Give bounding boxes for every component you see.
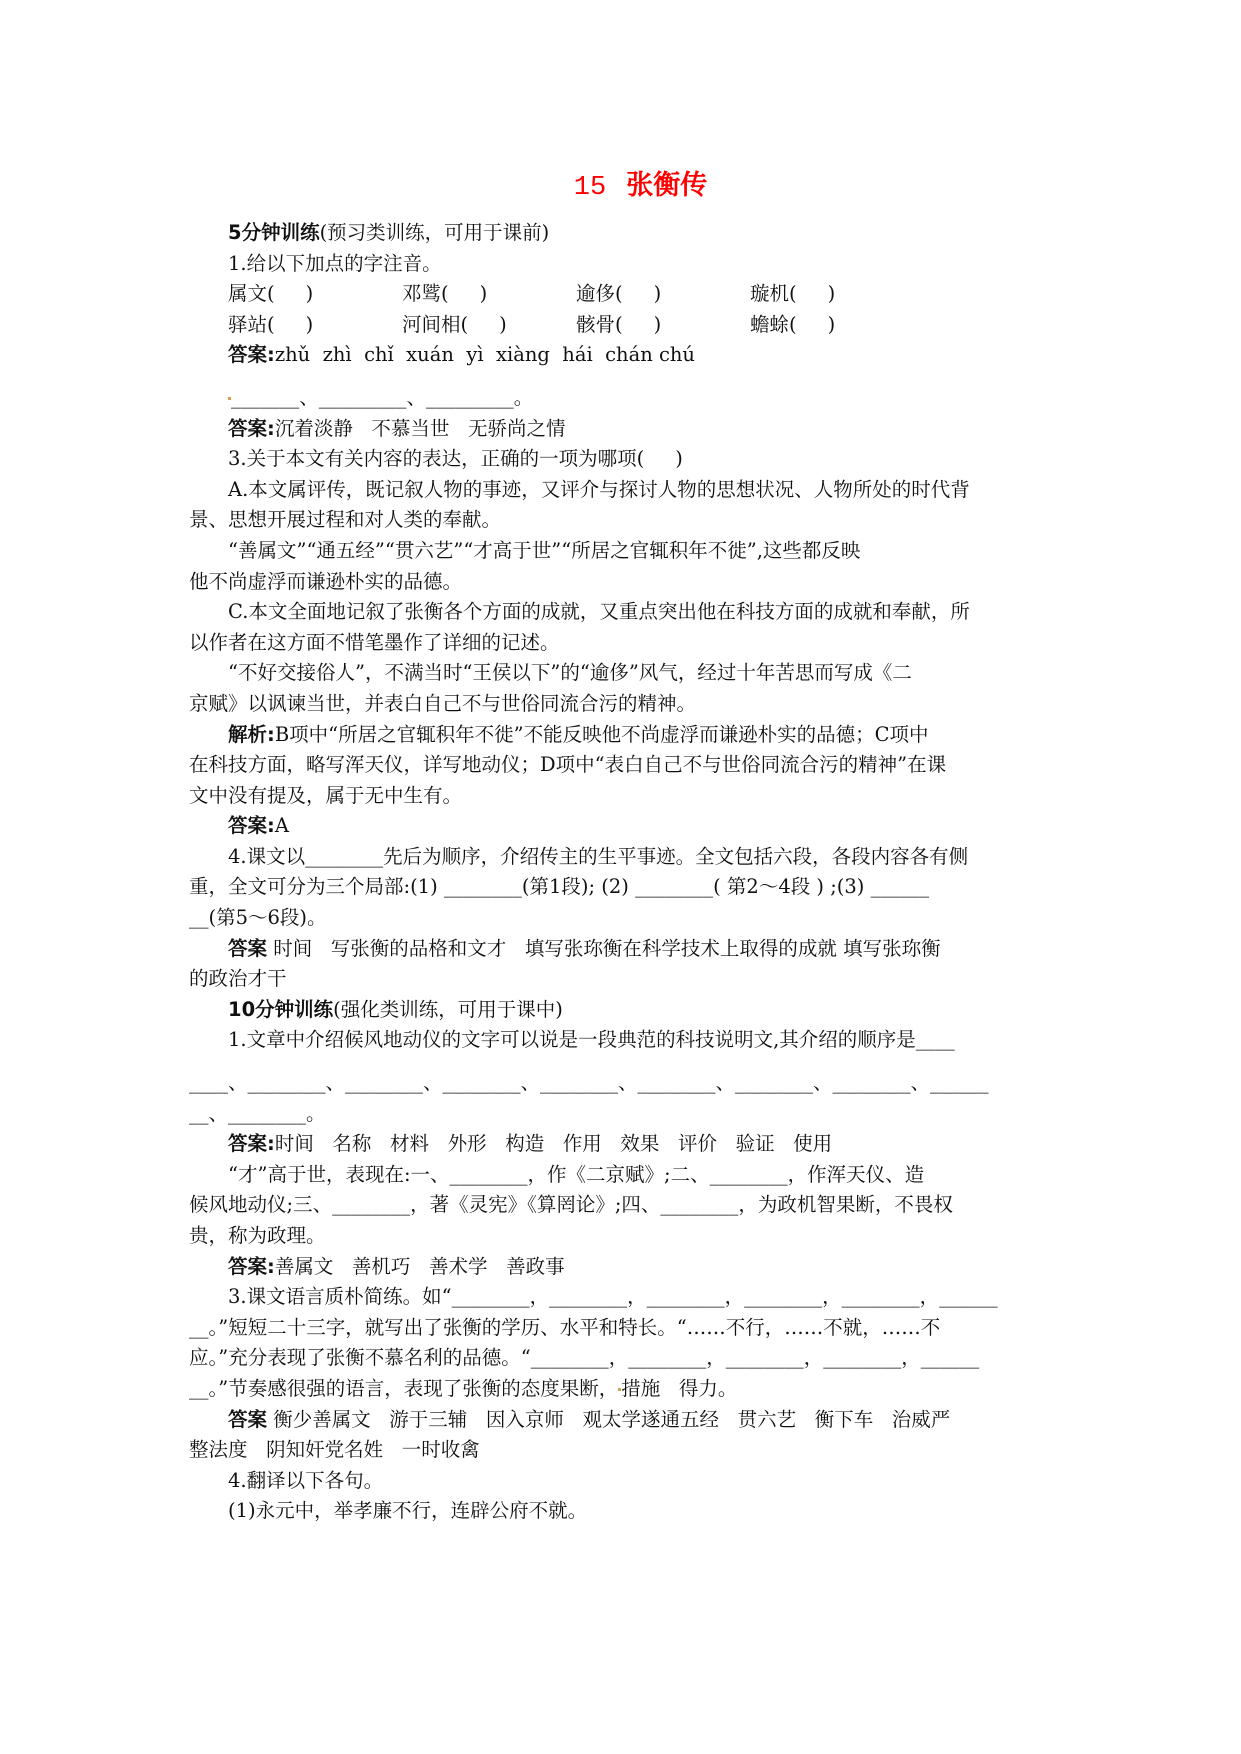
document-page: 15张衡传 5分钟训练(预习类训练，可用于课前) 1.给以下加点的字注音。 属文… [0,0,1241,1754]
section-heading: 5分钟训练(预习类训练，可用于课前) [189,218,1087,249]
question-prompt: 1.给以下加点的字注音。 [189,249,1087,280]
blank-line: _______、_________、_________。 [189,383,1087,414]
answer: 答案 时间 写张衡的品格和文才 填写张珎衡在科学技术上取得的成就 填写张珎衡 [189,934,1087,965]
title-text: 张衡传 [626,170,707,201]
option-a-cont: 景、思想开展过程和对人类的奉献。 [189,505,1087,536]
question-cont: __、________。 [189,1099,1087,1130]
analysis-cont: 在科技方面，略写浑天仪，详写地动仪；D项中“表白自己不与世俗同流合污的精神”在课 [189,750,1087,781]
question-prompt: 4.翻译以下各句。 [189,1466,1087,1497]
question-prompt: 1.文章中介绍候风地动仪的文字可以说是一段典范的科技说明文,其介绍的顺序是___… [189,1025,1087,1056]
question-cont: __(第5～6段)。 [189,903,1087,934]
option-d-cont: 京赋》以讽谏当世，并表白自己不与世俗同流合污的精神。 [189,689,1087,720]
translation-item: (1)永元中，举孝廉不行，连辟公府不就。 [189,1496,1087,1527]
pinyin-item: 邓骘( ) [402,279,576,310]
question-cont: 贵，称为政理。 [189,1221,1087,1252]
pinyin-row: 驿站( ) 河间相( ) 骸骨( ) 蟾蜍( ) [189,310,1087,341]
pinyin-item: 驿站( ) [228,310,402,341]
question-prompt: 3.关于本文有关内容的表达，正确的一项为哪项( ) [189,444,1087,475]
answer-cont: 整法度 阴知奸党名姓 一时收禽 [189,1435,1087,1466]
document-body: 5分钟训练(预习类训练，可用于课前) 1.给以下加点的字注音。 属文( ) 邓骘… [189,218,1087,1527]
question-prompt: 4.课文以________先后为顺序，介绍传主的生平事迹。全文包括六段，各段内容… [189,842,1087,873]
option-b: “善属文”“通五经”“贯六艺”“才高于世”“所居之官辄积年不徙”,这些都反映 [189,536,1087,567]
pinyin-item: 逾侈( ) [576,279,750,310]
analysis-cont: 文中没有提及，属于无中生有。 [189,781,1087,812]
pinyin-row: 属文( ) 邓骘( ) 逾侈( ) 璇机( ) [189,279,1087,310]
answer-cont: 的政治才干 [189,964,1087,995]
answer: 答案:善属文 善机巧 善术学 善政事 [189,1252,1087,1283]
answer: 答案:沉着淡静 不慕当世 无骄尚之情 [189,414,1087,445]
question-prompt: “才”高于世，表现在:一、________，作《二京赋》;二、________，… [189,1160,1087,1191]
answer: 答案:zhǔ zhì chǐ xuán yì xiàng hái chán ch… [189,340,1087,371]
answer: 答案 衡少善属文 游于三辅 因入京师 观太学遂通五经 贯六艺 衡下车 治威严 [189,1405,1087,1436]
option-c: C.本文全面地记叙了张衡各个方面的成就，又重点突出他在科技方面的成就和奉献，所 [189,597,1087,628]
section-heading: 10分钟训练(强化类训练，可用于课中) [189,995,1087,1026]
option-b-cont: 他不尚虚浮而谦逊朴实的品德。 [189,567,1087,598]
question-cont: ____、________、________、________、________… [189,1068,1087,1099]
page-title: 15张衡传 [0,163,1241,203]
pinyin-item: 属文( ) [228,279,402,310]
title-number: 15 [574,173,606,203]
question-cont: __。”短短二十三字，就写出了张衡的学历、水平和特长。“……不行，……不就，……… [189,1313,1087,1344]
option-a: A.本文属评传，既记叙人物的事迹，又评介与探讨人物的思想状况、人物所处的时代背 [189,475,1087,506]
question-cont: 重，全文可分为三个局部:(1) ________(第1段); (2) _____… [189,872,1087,903]
analysis: 解析:B项中“所居之官辄积年不徙”不能反映他不尚虚浮而谦逊朴实的品德；C项中 [189,720,1087,751]
question-prompt: 3.课文语言质朴简练。如“________，________，________，… [189,1282,1087,1313]
pinyin-item: 河间相( ) [402,310,576,341]
question-cont: __。”节奏感很强的语言，表现了张衡的态度果断，措施 得力。 [189,1374,1087,1405]
answer: 答案:A [189,811,1087,842]
question-cont: 候风地动仪;三、________，著《灵宪》《算罔论》;四、________，为… [189,1190,1087,1221]
option-d: “不好交接俗人”，不满当时“王侯以下”的“逾侈”风气，经过十年苦思而写成《二 [189,658,1087,689]
option-c-cont: 以作者在这方面不惜笔墨作了详细的记述。 [189,628,1087,659]
pinyin-item: 骸骨( ) [576,310,750,341]
pinyin-item: 璇机( ) [750,279,924,310]
pinyin-item: 蟾蜍( ) [750,310,924,341]
answer: 答案:时间 名称 材料 外形 构造 作用 效果 评价 验证 使用 [189,1129,1087,1160]
question-cont: 应。”充分表现了张衡不慕名利的品德。“________，________，___… [189,1343,1087,1374]
